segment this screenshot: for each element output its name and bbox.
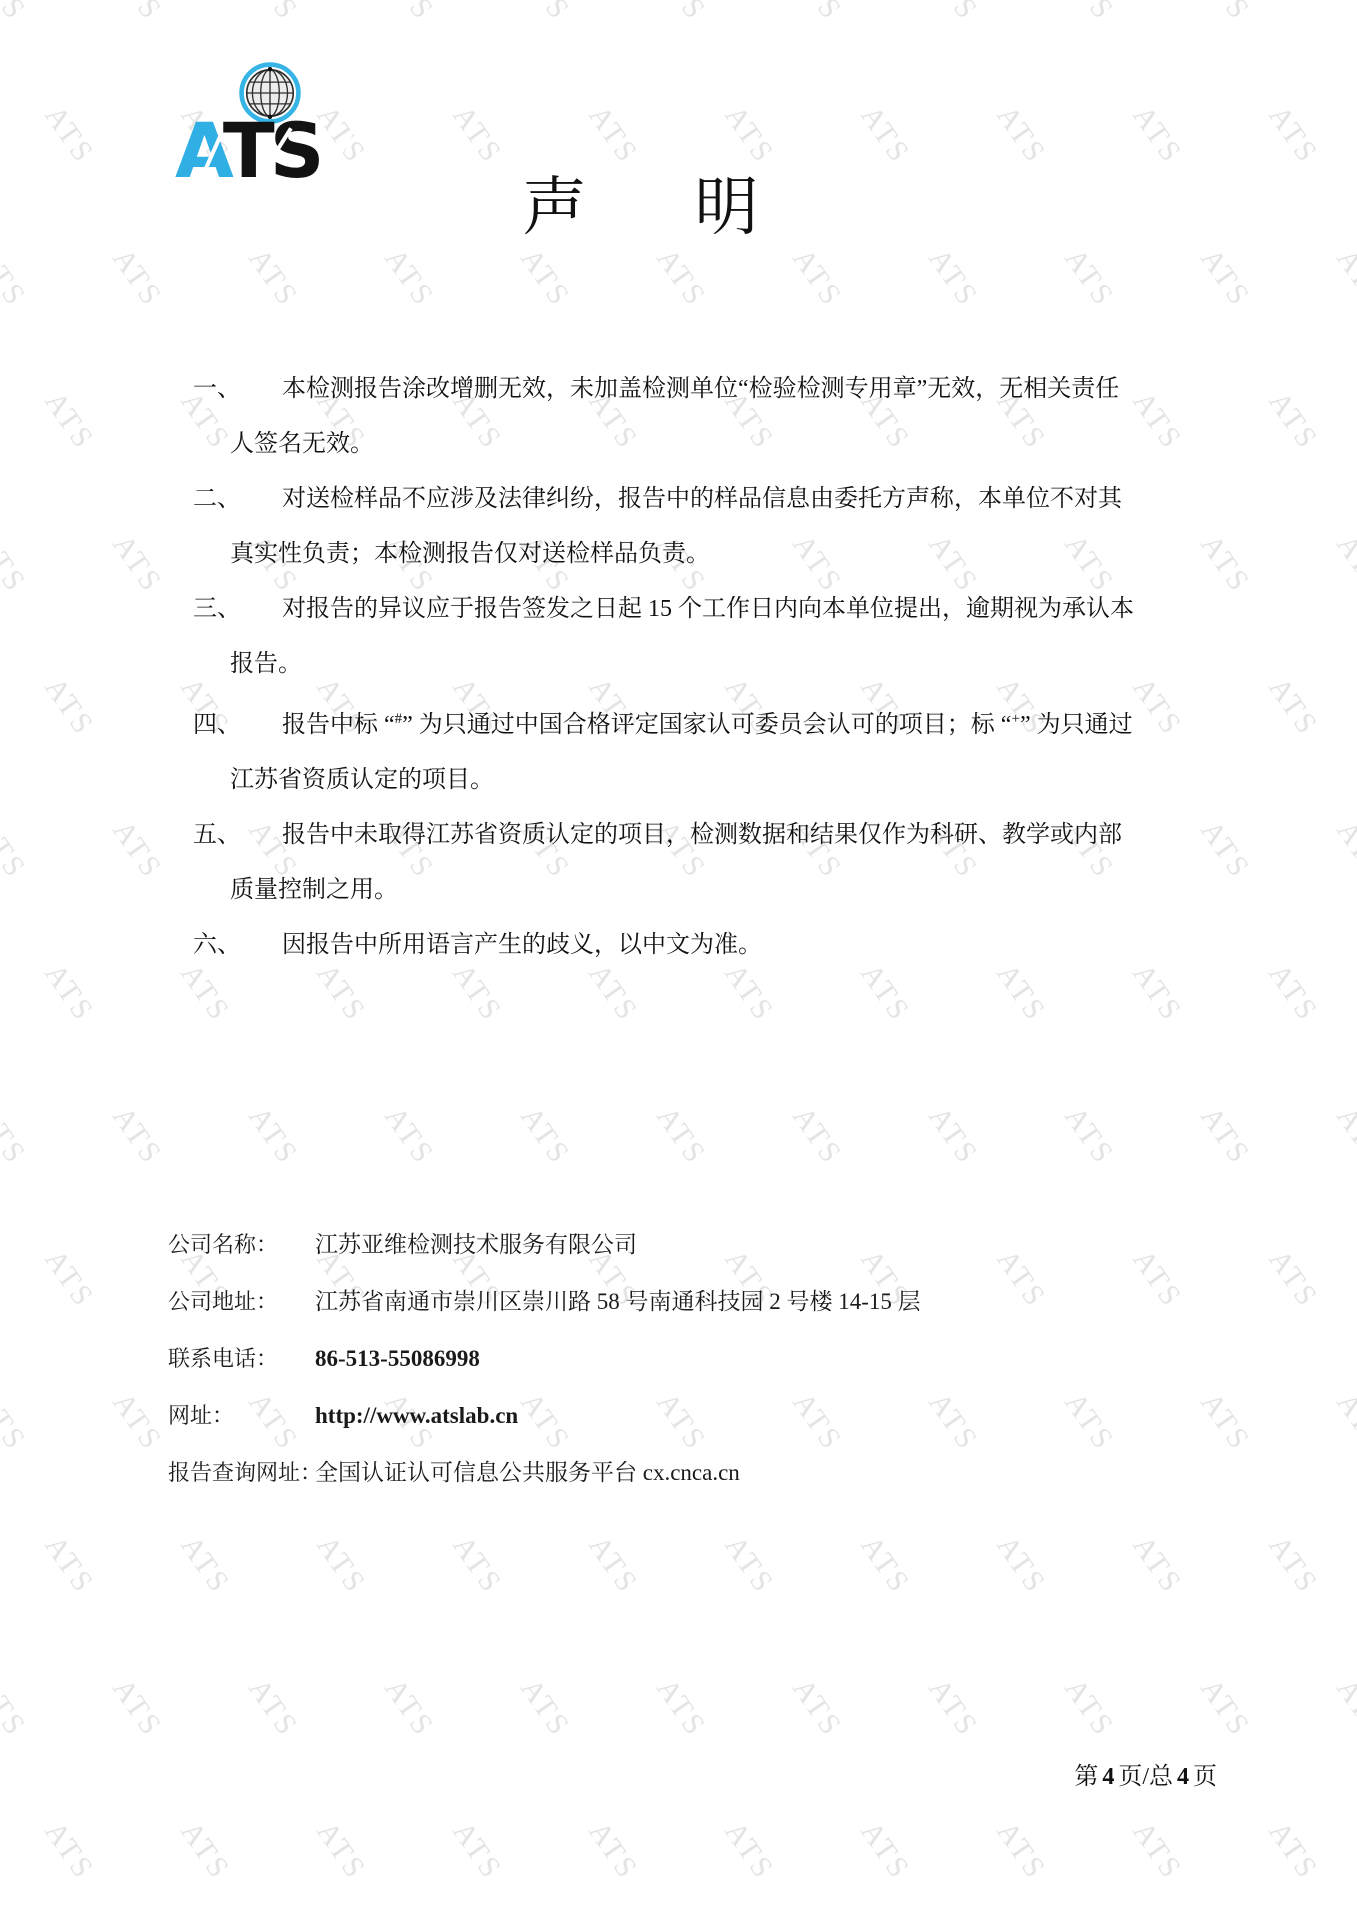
statement-text: 报告中未取得江苏省资质认定的项目，检测数据和结果仅作为科研、教学或内部质量控制之… <box>230 822 1122 903</box>
statement-number: 三、 <box>193 582 282 637</box>
page-title: 声 明 <box>163 168 1140 248</box>
statement-number: 五、 <box>193 808 282 863</box>
page-number-text: 第 <box>1074 1764 1098 1790</box>
text-segment: 对送检样品不应涉及法律纠纷，报告中的样品信息由委托方声称，本单位不对其真实性负责… <box>230 486 1122 567</box>
company-info-label: 公司地址： <box>168 1273 315 1330</box>
statement-item-6: 六、因报告中所用语言产生的歧义，以中文为准。 <box>230 918 1140 973</box>
statement-text: 对报告的异议应于报告签发之日起 15 个工作日内向本单位提出，逾期视为承认本报告… <box>230 596 1134 677</box>
company-info-label: 公司名称： <box>168 1216 315 1273</box>
text-segment: 因报告中所用语言产生的歧义，以中文为准。 <box>282 932 762 958</box>
company-info-row: 公司地址：江苏省南通市崇川区崇川路 58 号南通科技园 2 号楼 14-15 层 <box>168 1273 921 1330</box>
superscript-mark: + <box>1011 711 1019 727</box>
statement-text: 本检测报告涂改增删无效，未加盖检测单位“检验检测专用章”无效，无相关责任人签名无… <box>230 376 1119 457</box>
statement-number: 四、 <box>193 698 282 753</box>
statement-text: 报告中标 “#” 为只通过中国合格评定国家认可委员会认可的项目；标 “+” 为只… <box>230 712 1133 793</box>
statement-item-3: 三、对报告的异议应于报告签发之日起 15 个工作日内向本单位提出，逾期视为承认本… <box>230 582 1140 692</box>
text-segment: 报告中未取得江苏省资质认定的项目，检测数据和结果仅作为科研、教学或内部质量控制之… <box>230 822 1122 903</box>
page-number: 第4页/总4页 <box>1074 1762 1217 1792</box>
company-info-row: 联系电话：86-513-55086998 <box>168 1330 921 1387</box>
company-info-value: http://www.atslab.cn <box>315 1403 518 1428</box>
text-segment: 报告中标 “ <box>282 712 395 738</box>
page-number-value: 4 <box>1098 1764 1118 1790</box>
company-info-label: 报告查询网址： <box>168 1444 315 1501</box>
company-info-row: 报告查询网址：全国认证认可信息公共服务平台 cx.cnca.cn <box>168 1444 921 1501</box>
company-info-row: 公司名称：江苏亚维检测技术服务有限公司 <box>168 1216 921 1273</box>
statement-item-2: 二、对送检样品不应涉及法律纠纷，报告中的样品信息由委托方声称，本单位不对其真实性… <box>230 472 1140 582</box>
text-segment: 本检测报告涂改增删无效，未加盖检测单位“检验检测专用章”无效，无相关责任人签名无… <box>230 376 1119 457</box>
statement-item-1: 一、本检测报告涂改增删无效，未加盖检测单位“检验检测专用章”无效，无相关责任人签… <box>230 362 1140 472</box>
text-segment: 对报告的异议应于报告签发之日起 15 个工作日内向本单位提出，逾期视为承认本报告… <box>230 596 1134 677</box>
statement-text: 对送检样品不应涉及法律纠纷，报告中的样品信息由委托方声称，本单位不对其真实性负责… <box>230 486 1122 567</box>
statement-number: 二、 <box>193 472 282 527</box>
page-number-text: 页/总 <box>1118 1764 1173 1790</box>
statements-list: 一、本检测报告涂改增删无效，未加盖检测单位“检验检测专用章”无效，无相关责任人签… <box>193 362 1140 973</box>
text-segment: ” 为只通过中国合格评定国家认可委员会认可的项目；标 “ <box>402 712 1011 738</box>
company-info: 公司名称：江苏亚维检测技术服务有限公司公司地址：江苏省南通市崇川区崇川路 58 … <box>168 1216 921 1501</box>
statement-item-4: 四、报告中标 “#” 为只通过中国合格评定国家认可委员会认可的项目；标 “+” … <box>230 692 1140 808</box>
statement-text: 因报告中所用语言产生的歧义，以中文为准。 <box>282 932 762 958</box>
company-info-value: 全国认证认可信息公共服务平台 cx.cnca.cn <box>315 1460 740 1485</box>
page-number-value: 4 <box>1173 1764 1193 1790</box>
statement-item-5: 五、报告中未取得江苏省资质认定的项目，检测数据和结果仅作为科研、教学或内部质量控… <box>230 808 1140 918</box>
statement-number: 六、 <box>193 918 282 973</box>
company-info-label: 联系电话： <box>168 1330 315 1387</box>
company-info-row: 网址：http://www.atslab.cn <box>168 1387 921 1444</box>
declaration-page: ATS 声 明 一、本检测报告涂改增删无效，未加盖检测单位“检验检测专用章”无效… <box>0 0 1357 1920</box>
page-number-text: 页 <box>1193 1764 1217 1790</box>
company-info-label: 网址： <box>168 1387 315 1444</box>
company-info-value: 江苏省南通市崇川区崇川路 58 号南通科技园 2 号楼 14-15 层 <box>315 1289 921 1314</box>
company-info-value: 86-513-55086998 <box>315 1346 480 1371</box>
statement-number: 一、 <box>193 362 282 417</box>
company-info-value: 江苏亚维检测技术服务有限公司 <box>315 1232 637 1257</box>
